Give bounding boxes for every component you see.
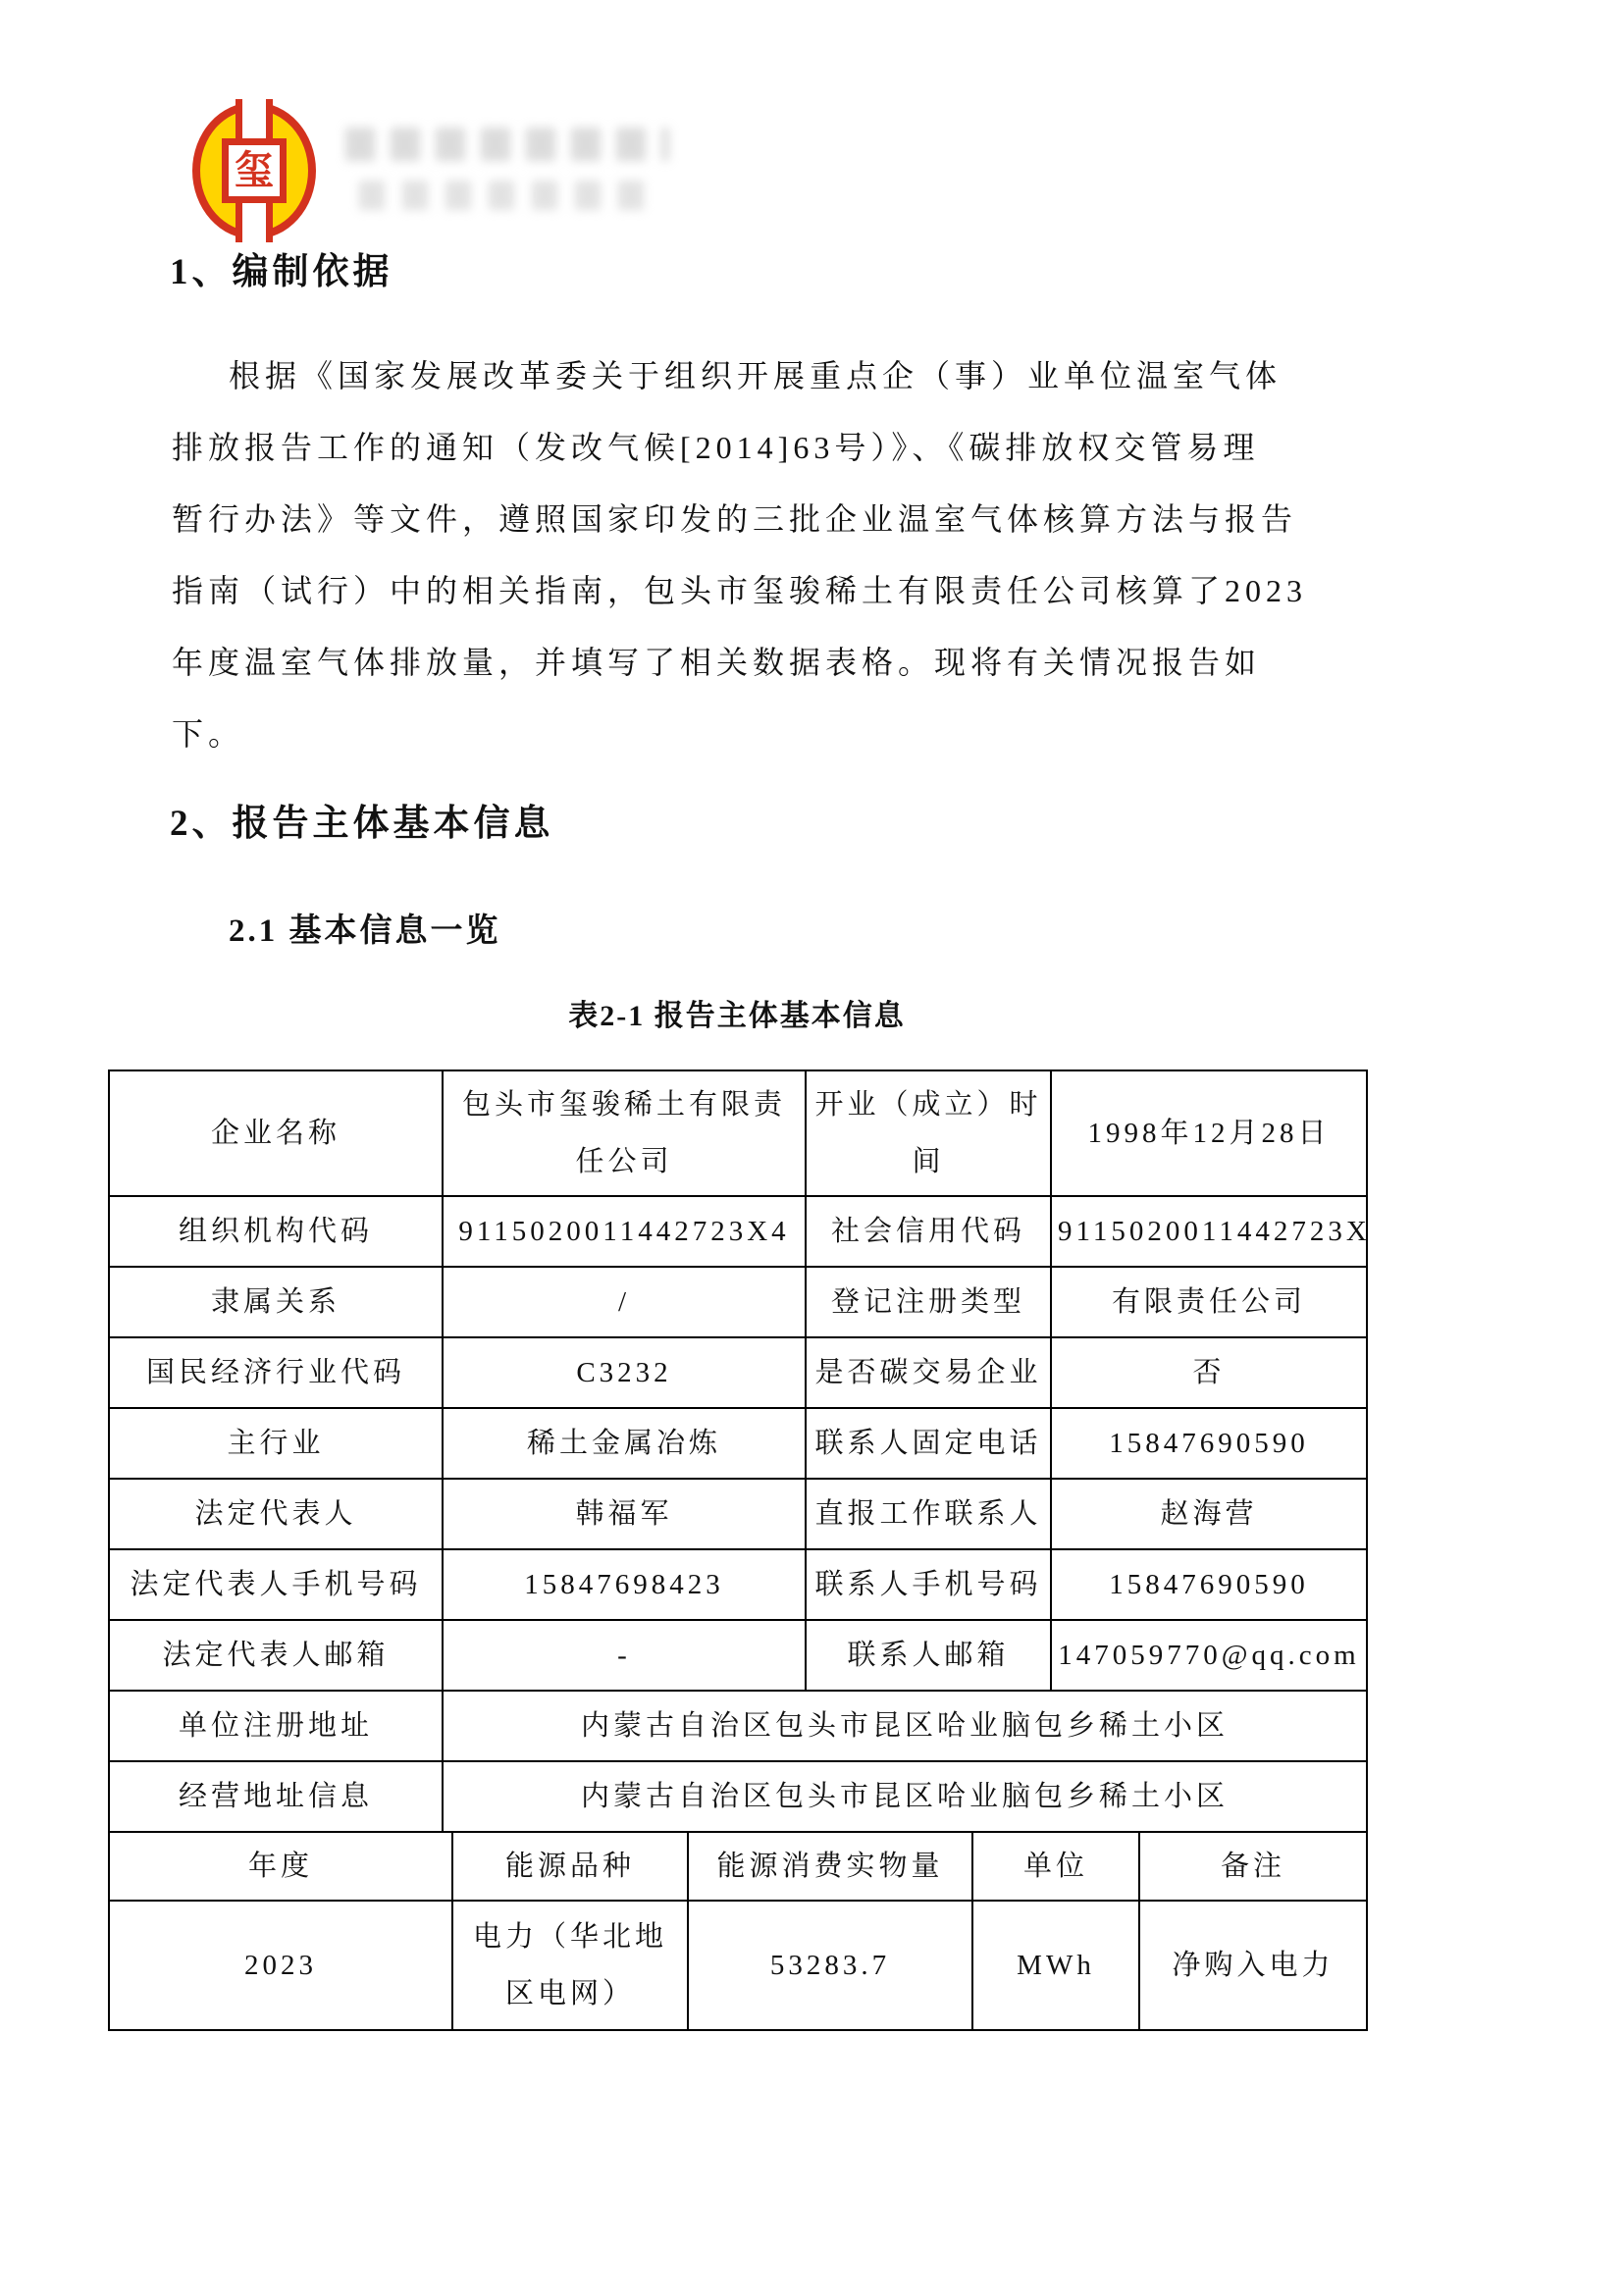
cell-value: 2023	[109, 1901, 452, 2030]
cell-label: 法定代表人	[109, 1479, 443, 1549]
cell-label: 联系人邮箱	[806, 1620, 1051, 1691]
cell-label: 开业（成立）时间	[806, 1070, 1051, 1196]
cell-label: 社会信用代码	[806, 1196, 1051, 1267]
cell-label: 联系人固定电话	[806, 1408, 1051, 1479]
cell-value: 15847690590	[1051, 1408, 1367, 1479]
table-row: 单位注册地址 内蒙古自治区包头市昆区哈业脑包乡稀土小区	[109, 1691, 1367, 1761]
cell-value: 电力（华北地区电网）	[452, 1901, 688, 2030]
report-page: 玺 1、编制依据 根据《国家发展改革委关于组织开展重点企（事）业单位温室气体 排…	[0, 0, 1623, 2296]
cell-header: 备注	[1139, 1832, 1367, 1901]
table-row: 法定代表人 韩福军 直报工作联系人 赵海营	[109, 1479, 1367, 1549]
company-seal-logo: 玺	[192, 102, 316, 239]
company-info-table: 企业名称 包头市玺骏稀土有限责任公司 开业（成立）时间 1998年12月28日 …	[108, 1070, 1368, 1833]
cell-value: 有限责任公司	[1051, 1267, 1367, 1337]
intro-paragraph: 根据《国家发展改革委关于组织开展重点企（事）业单位温室气体 排放报告工作的通知（…	[172, 340, 1330, 770]
section-2-1-heading: 2.1 基本信息一览	[229, 905, 501, 951]
section-2-heading: 2、报告主体基本信息	[170, 793, 554, 846]
paragraph-line: 指南（试行）中的相关指南，包头市玺骏稀土有限责任公司核算了2023	[172, 555, 1330, 627]
cell-label: 联系人手机号码	[806, 1549, 1051, 1620]
cell-value: 内蒙古自治区包头市昆区哈业脑包乡稀土小区	[443, 1691, 1367, 1761]
basic-info-table: 企业名称 包头市玺骏稀土有限责任公司 开业（成立）时间 1998年12月28日 …	[108, 1070, 1366, 2031]
table-row: 企业名称 包头市玺骏稀土有限责任公司 开业（成立）时间 1998年12月28日	[109, 1070, 1367, 1196]
cell-label: 隶属关系	[109, 1267, 443, 1337]
table-row: 组织机构代码 9115020011442723X4 社会信用代码 9115020…	[109, 1196, 1367, 1267]
table-row: 主行业 稀土金属冶炼 联系人固定电话 15847690590	[109, 1408, 1367, 1479]
table-row: 法定代表人邮箱 - 联系人邮箱 147059770@qq.com	[109, 1620, 1367, 1691]
cell-value: -	[443, 1620, 806, 1691]
paragraph-line: 根据《国家发展改革委关于组织开展重点企（事）业单位温室气体	[172, 340, 1330, 412]
cell-label: 是否碳交易企业	[806, 1337, 1051, 1408]
cell-label: 经营地址信息	[109, 1761, 443, 1832]
cell-header: 年度	[109, 1832, 452, 1901]
cell-value: 15847698423	[443, 1549, 806, 1620]
table-row: 经营地址信息 内蒙古自治区包头市昆区哈业脑包乡稀土小区	[109, 1761, 1367, 1832]
cell-value: MWh	[972, 1901, 1139, 2030]
table-caption: 表2-1 报告主体基本信息	[108, 991, 1366, 1034]
cell-value: 韩福军	[443, 1479, 806, 1549]
cell-label: 单位注册地址	[109, 1691, 443, 1761]
cell-label: 法定代表人邮箱	[109, 1620, 443, 1691]
paragraph-line: 排放报告工作的通知（发改气候[2014]63号）》、《碳排放权交管易理	[172, 412, 1330, 484]
cell-value: 147059770@qq.com	[1051, 1620, 1367, 1691]
cell-value: 9115020011442723X4	[443, 1196, 806, 1267]
faded-watermark	[345, 118, 669, 224]
cell-value: 包头市玺骏稀土有限责任公司	[443, 1070, 806, 1196]
table-row: 2023 电力（华北地区电网） 53283.7 MWh 净购入电力	[109, 1901, 1367, 2030]
table-row: 国民经济行业代码 C3232 是否碳交易企业 否	[109, 1337, 1367, 1408]
cell-value: C3232	[443, 1337, 806, 1408]
cell-value: 1998年12月28日	[1051, 1070, 1367, 1196]
table-row: 隶属关系 / 登记注册类型 有限责任公司	[109, 1267, 1367, 1337]
cell-value: 9115020011442723X4	[1051, 1196, 1367, 1267]
cell-header: 能源消费实物量	[688, 1832, 972, 1901]
energy-consumption-table: 年度 能源品种 能源消费实物量 单位 备注 2023 电力（华北地区电网） 53…	[108, 1831, 1368, 2031]
table-row: 法定代表人手机号码 15847698423 联系人手机号码 1584769059…	[109, 1549, 1367, 1620]
cell-value: 15847690590	[1051, 1549, 1367, 1620]
cell-label: 组织机构代码	[109, 1196, 443, 1267]
cell-value: 否	[1051, 1337, 1367, 1408]
paragraph-line: 下。	[172, 699, 1330, 770]
cell-header: 单位	[972, 1832, 1139, 1901]
cell-value: 净购入电力	[1139, 1901, 1367, 2030]
cell-label: 法定代表人手机号码	[109, 1549, 443, 1620]
cell-header: 能源品种	[452, 1832, 688, 1901]
cell-value: 53283.7	[688, 1901, 972, 2030]
cell-label: 主行业	[109, 1408, 443, 1479]
paragraph-line: 暂行办法》等文件，遵照国家印发的三批企业温室气体核算方法与报告	[172, 484, 1330, 555]
table-header-row: 年度 能源品种 能源消费实物量 单位 备注	[109, 1832, 1367, 1901]
cell-label: 国民经济行业代码	[109, 1337, 443, 1408]
cell-value: 赵海营	[1051, 1479, 1367, 1549]
cell-label: 登记注册类型	[806, 1267, 1051, 1337]
cell-label: 直报工作联系人	[806, 1479, 1051, 1549]
section-1-heading: 1、编制依据	[170, 241, 393, 294]
cell-value: /	[443, 1267, 806, 1337]
paragraph-line: 年度温室气体排放量，并填写了相关数据表格。现将有关情况报告如	[172, 627, 1330, 699]
cell-value: 稀土金属冶炼	[443, 1408, 806, 1479]
cell-label: 企业名称	[109, 1070, 443, 1196]
seal-character-icon: 玺	[222, 138, 287, 203]
cell-value: 内蒙古自治区包头市昆区哈业脑包乡稀土小区	[443, 1761, 1367, 1832]
